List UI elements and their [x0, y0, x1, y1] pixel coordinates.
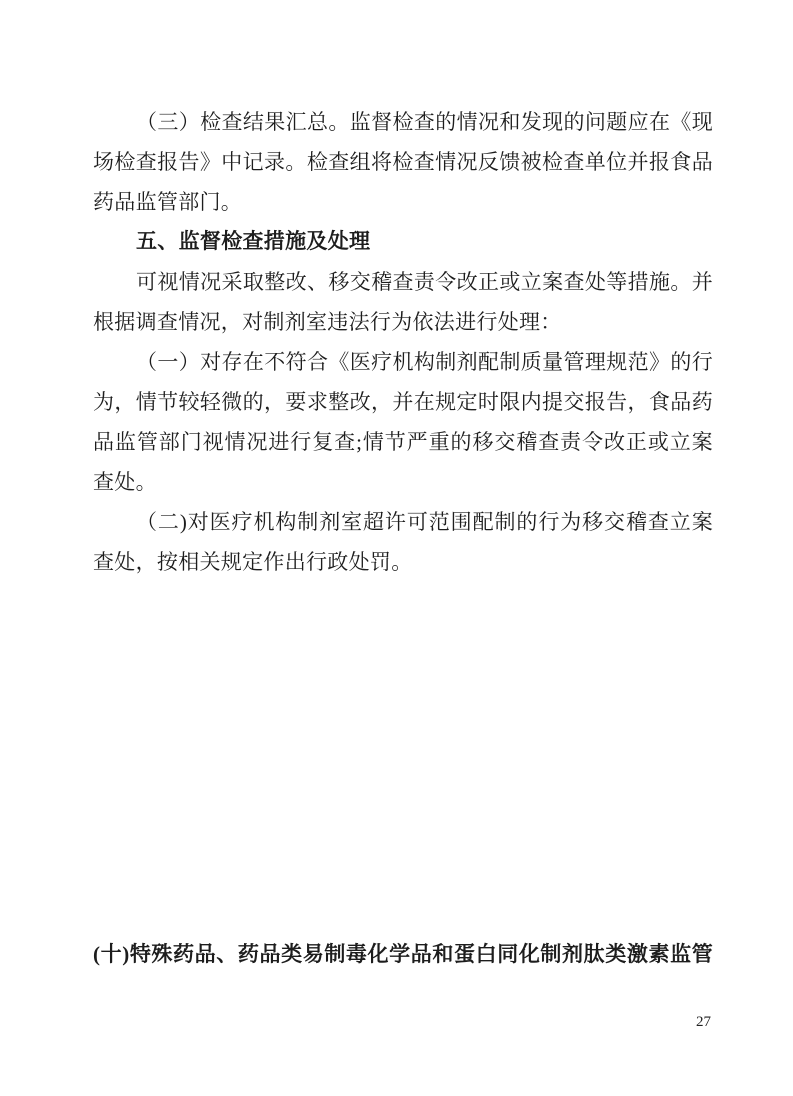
document-body: （三）检查结果汇总。监督检查的情况和发现的问题应在《现场检查报告》中记录。检查组… — [93, 102, 713, 582]
section-heading-supervision-measures: 五、监督检查措施及处理 — [93, 222, 713, 262]
document-page: （三）检查结果汇总。监督检查的情况和发现的问题应在《现场检查报告》中记录。检查组… — [0, 0, 793, 1096]
paragraph-item-1: （一）对存在不符合《医疗机构制剂配制质量管理规范》的行为，情节较轻微的，要求整改… — [93, 342, 713, 502]
paragraph-item-2: （二)对医疗机构制剂室超许可范围配制的行为移交稽查立案查处，按相关规定作出行政处… — [93, 502, 713, 582]
paragraph-measures-intro: 可视情况采取整改、移交稽查责令改正或立案查处等措施。并根据调查情况，对制剂室违法… — [93, 262, 713, 342]
section-heading-special-drugs: (十)特殊药品、药品类易制毒化学品和蛋白同化制剂肽类激素监管 — [93, 939, 713, 969]
page-number: 27 — [696, 1013, 711, 1031]
paragraph-inspection-results-summary: （三）检查结果汇总。监督检查的情况和发现的问题应在《现场检查报告》中记录。检查组… — [93, 102, 713, 222]
